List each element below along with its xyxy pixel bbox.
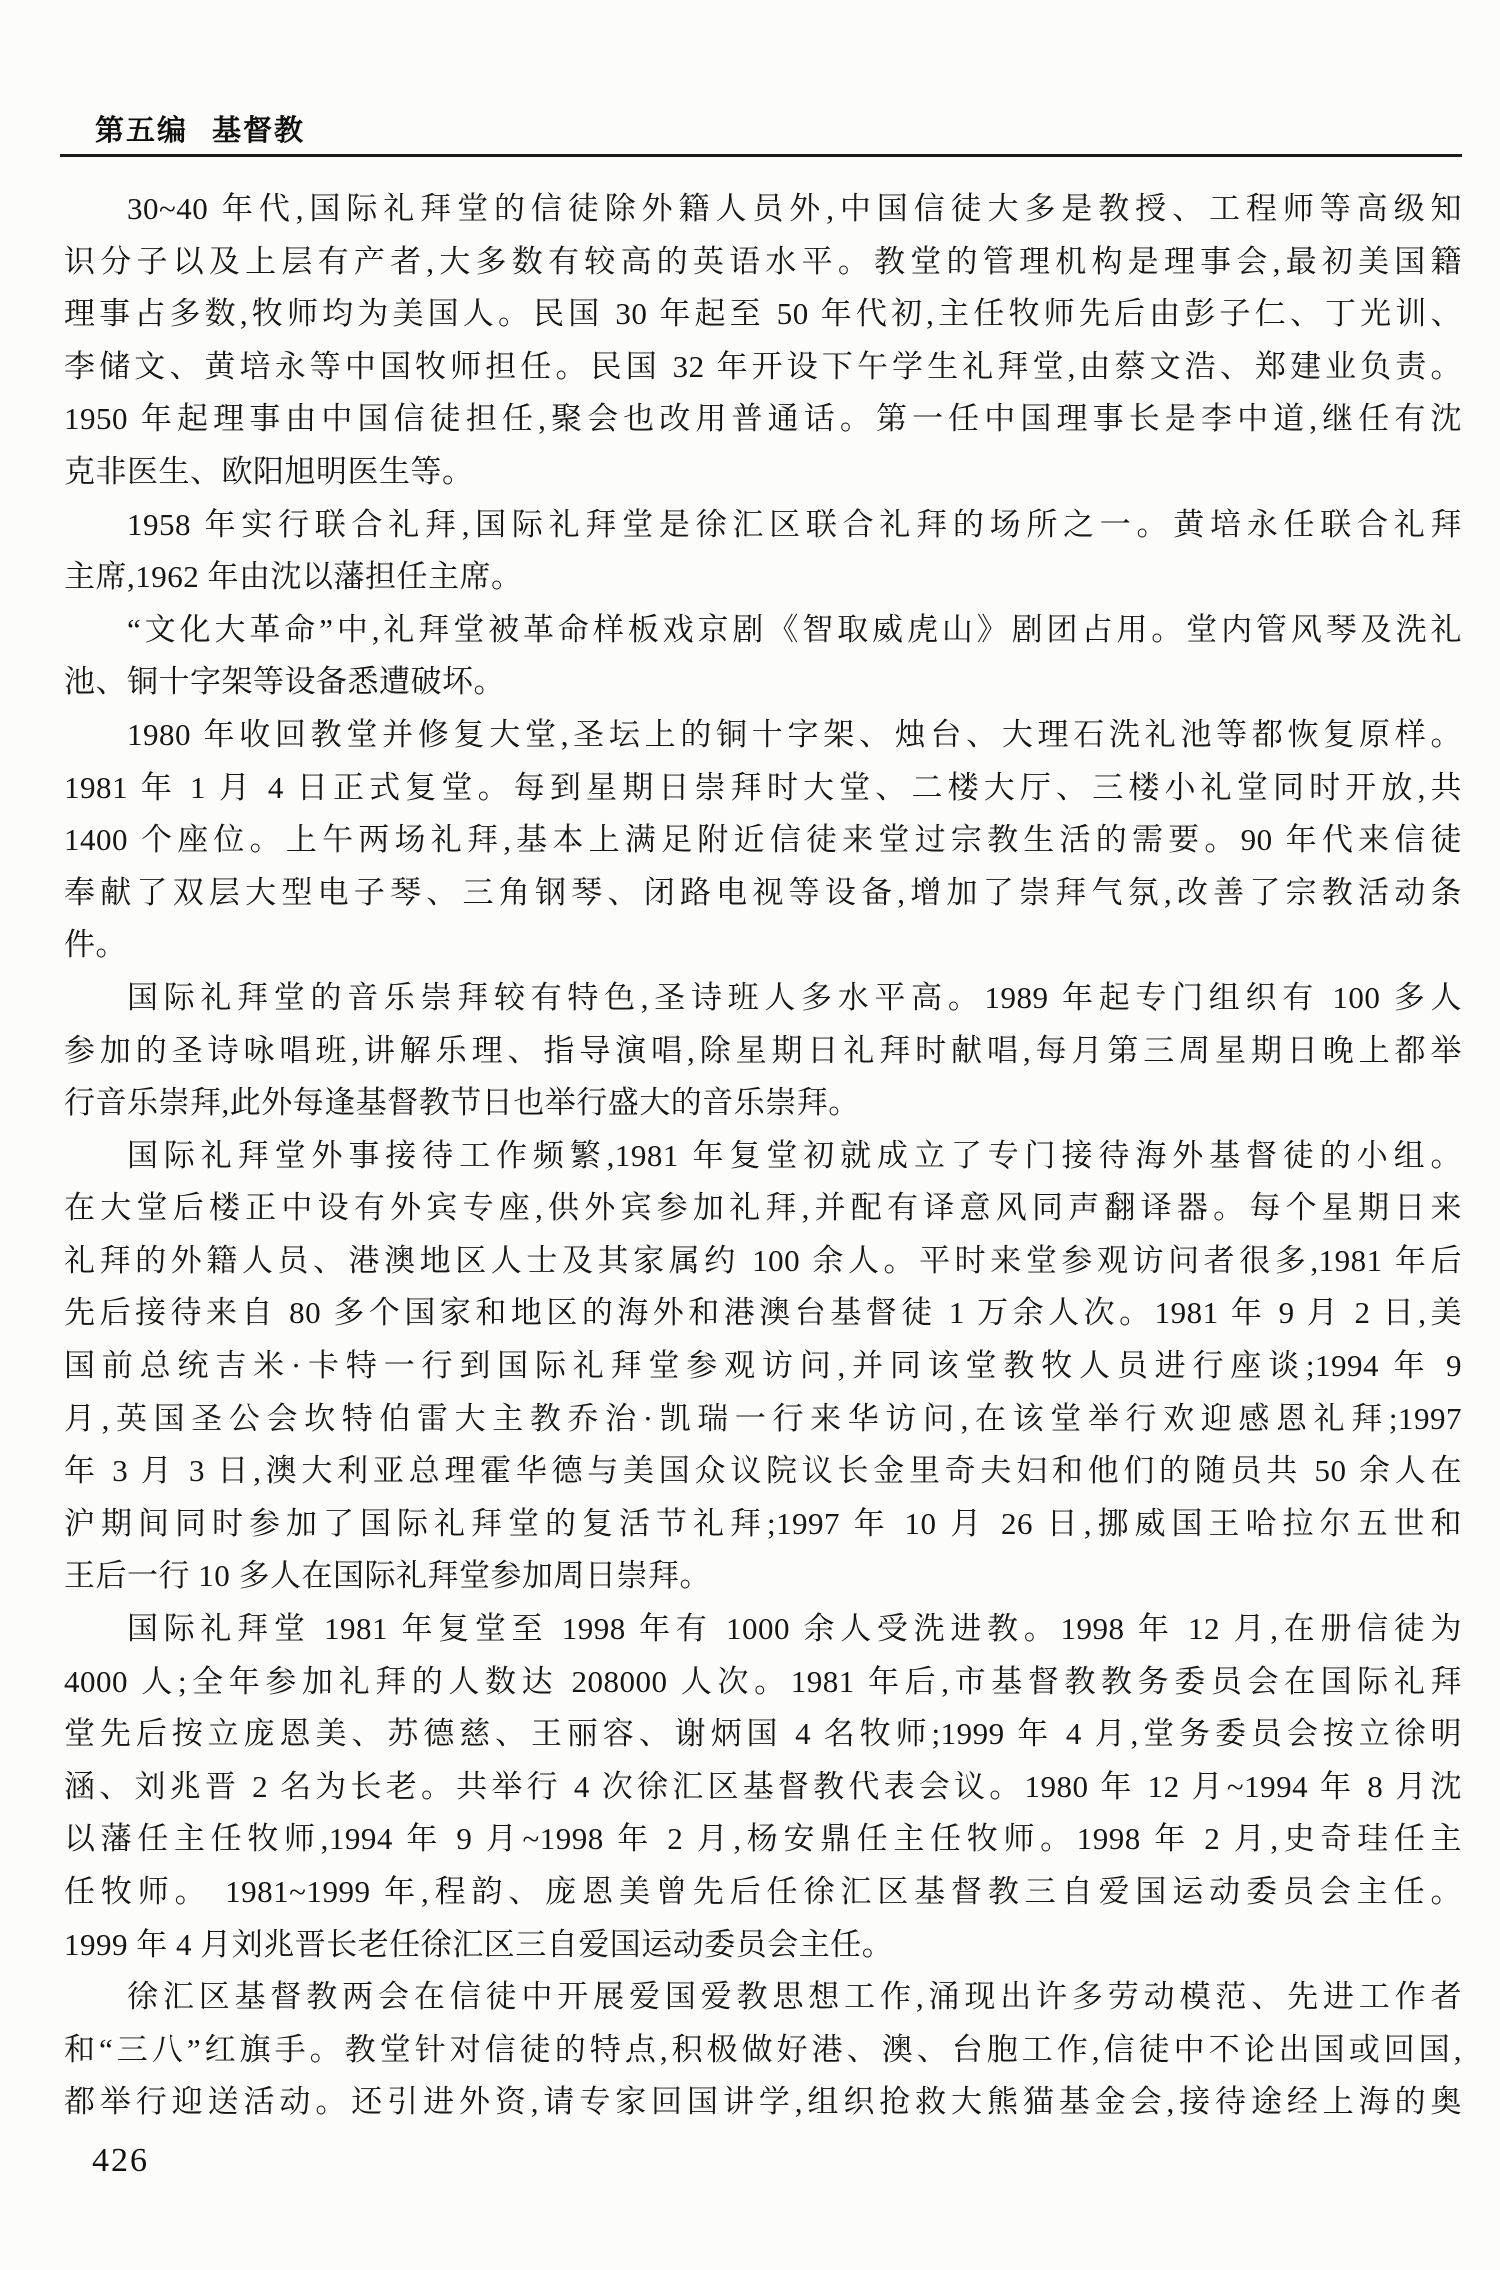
text-line: 年 3 月 3 日,澳大利亚总理霍华德与美国众议院议长金里奇夫妇和他们的随员共 … [64,1445,1462,1498]
text-line: 徐汇区基督教两会在信徒中开展爱国爱教思想工作,涌现出许多劳动模范、先进工作者 [64,1971,1462,2024]
header-rule [60,154,1462,157]
text-line: 以藩任主任牧师,1994 年 9 月~1998 年 2 月,杨安鼎任主任牧师。1… [64,1813,1462,1866]
page-number: 426 [92,2142,149,2180]
text-line: 李储文、黄培永等中国牧师担任。民国 32 年开设下午学生礼拜堂,由蔡文浩、郑建业… [64,341,1462,394]
text-line: 4000 人;全年参加礼拜的人数达 208000 人次。1981 年后,市基督教… [64,1656,1462,1709]
text-line: 识分子以及上层有产者,大多数有较高的英语水平。教堂的管理机构是理事会,最初美国籍 [64,236,1462,289]
text-line: 在大堂后楼正中设有外宾专座,供外宾参加礼拜,并配有译意风同声翻译器。每个星期日来 [64,1182,1462,1235]
text-line: 主席,1962 年由沈以藩担任主席。 [64,551,1462,604]
text-line: 涵、刘兆晋 2 名为长老。共举行 4 次徐汇区基督教代表会议。1980 年 12… [64,1761,1462,1814]
text-line: 1999 年 4 月刘兆晋长老任徐汇区三自爱国运动委员会主任。 [64,1919,1462,1972]
text-line: 行音乐崇拜,此外每逢基督教节日也举行盛大的音乐崇拜。 [64,1077,1462,1130]
text-line: 奉献了双层大型电子琴、三角钢琴、闭路电视等设备,增加了崇拜气氛,改善了宗教活动条 [64,867,1462,920]
text-line: 参加的圣诗咏唱班,讲解乐理、指导演唱,除星期日礼拜时献唱,每月第三周星期日晚上都… [64,1025,1462,1078]
text-line: 国际礼拜堂外事接待工作频繁,1981 年复堂初就成立了专门接待海外基督徒的小组。 [64,1130,1462,1183]
text-line: 国际礼拜堂 1981 年复堂至 1998 年有 1000 余人受洗进教。1998… [64,1603,1462,1656]
text-line: 理事占多数,牧师均为美国人。民国 30 年起至 50 年代初,主任牧师先后由彭子… [64,288,1462,341]
text-line: 国前总统吉米·卡特一行到国际礼拜堂参观访问,并同该堂教牧人员进行座谈;1994 … [64,1340,1462,1393]
text-line: 王后一行 10 多人在国际礼拜堂参加周日崇拜。 [64,1550,1462,1603]
text-line: 任牧师。 1981~1999 年,程韵、庞恩美曾先后任徐汇区基督教三自爱国运动委… [64,1866,1462,1919]
text-line: 和“三八”红旗手。教堂针对信徒的特点,积极做好港、澳、台胞工作,信徒中不论出国或… [64,2024,1462,2077]
text-line: “文化大革命”中,礼拜堂被革命样板戏京剧《智取威虎山》剧团占用。堂内管风琴及洗礼 [64,604,1462,657]
text-line: 1980 年收回教堂并修复大堂,圣坛上的铜十字架、烛台、大理石洗礼池等都恢复原样… [64,709,1462,762]
text-line: 克非医生、欧阳旭明医生等。 [64,446,1462,499]
header-section-title: 基督教 [212,108,305,149]
text-line: 1950 年起理事由中国信徒担任,聚会也改用普通话。第一任中国理事长是李中道,继… [64,393,1462,446]
scanned-book-page: 第五编 基督教 30~40 年代,国际礼拜堂的信徒除外籍人员外,中国信徒大多是教… [0,0,1500,2270]
text-line: 先后接待来自 80 多个国家和地区的海外和港澳台基督徒 1 万余人次。1981 … [64,1287,1462,1340]
text-line: 沪期间同时参加了国际礼拜堂的复活节礼拜;1997 年 10 月 26 日,挪威国… [64,1498,1462,1551]
text-line: 1958 年实行联合礼拜,国际礼拜堂是徐汇区联合礼拜的场所之一。黄培永任联合礼拜 [64,499,1462,552]
text-line: 都举行迎送活动。还引进外资,请专家回国讲学,组织抢救大熊猫基金会,接待途经上海的… [64,2076,1462,2129]
text-line: 1981 年 1 月 4 日正式复堂。每到星期日崇拜时大堂、二楼大厅、三楼小礼堂… [64,762,1462,815]
text-line: 1400 个座位。上午两场礼拜,基本上满足附近信徒来堂过宗教生活的需要。90 年… [64,814,1462,867]
text-line: 月,英国圣公会坎特伯雷大主教乔治·凯瑞一行来华访问,在该堂举行欢迎感恩礼拜;19… [64,1393,1462,1446]
text-line: 礼拜的外籍人员、港澳地区人士及其家属约 100 余人。平时来堂参观访问者很多,1… [64,1235,1462,1288]
text-line: 池、铜十字架等设备悉遭破坏。 [64,656,1462,709]
text-line: 30~40 年代,国际礼拜堂的信徒除外籍人员外,中国信徒大多是教授、工程师等高级… [64,183,1462,236]
text-line: 国际礼拜堂的音乐崇拜较有特色,圣诗班人多水平高。1989 年起专门组织有 100… [64,972,1462,1025]
article-text: 30~40 年代,国际礼拜堂的信徒除外籍人员外,中国信徒大多是教授、工程师等高级… [64,183,1462,2129]
text-line: 件。 [64,919,1462,972]
header-part-label: 第五编 [95,108,188,149]
text-line: 堂先后按立庞恩美、苏德慈、王丽容、谢炳国 4 名牧师;1999 年 4 月,堂务… [64,1708,1462,1761]
running-header: 第五编 基督教 [95,108,305,149]
